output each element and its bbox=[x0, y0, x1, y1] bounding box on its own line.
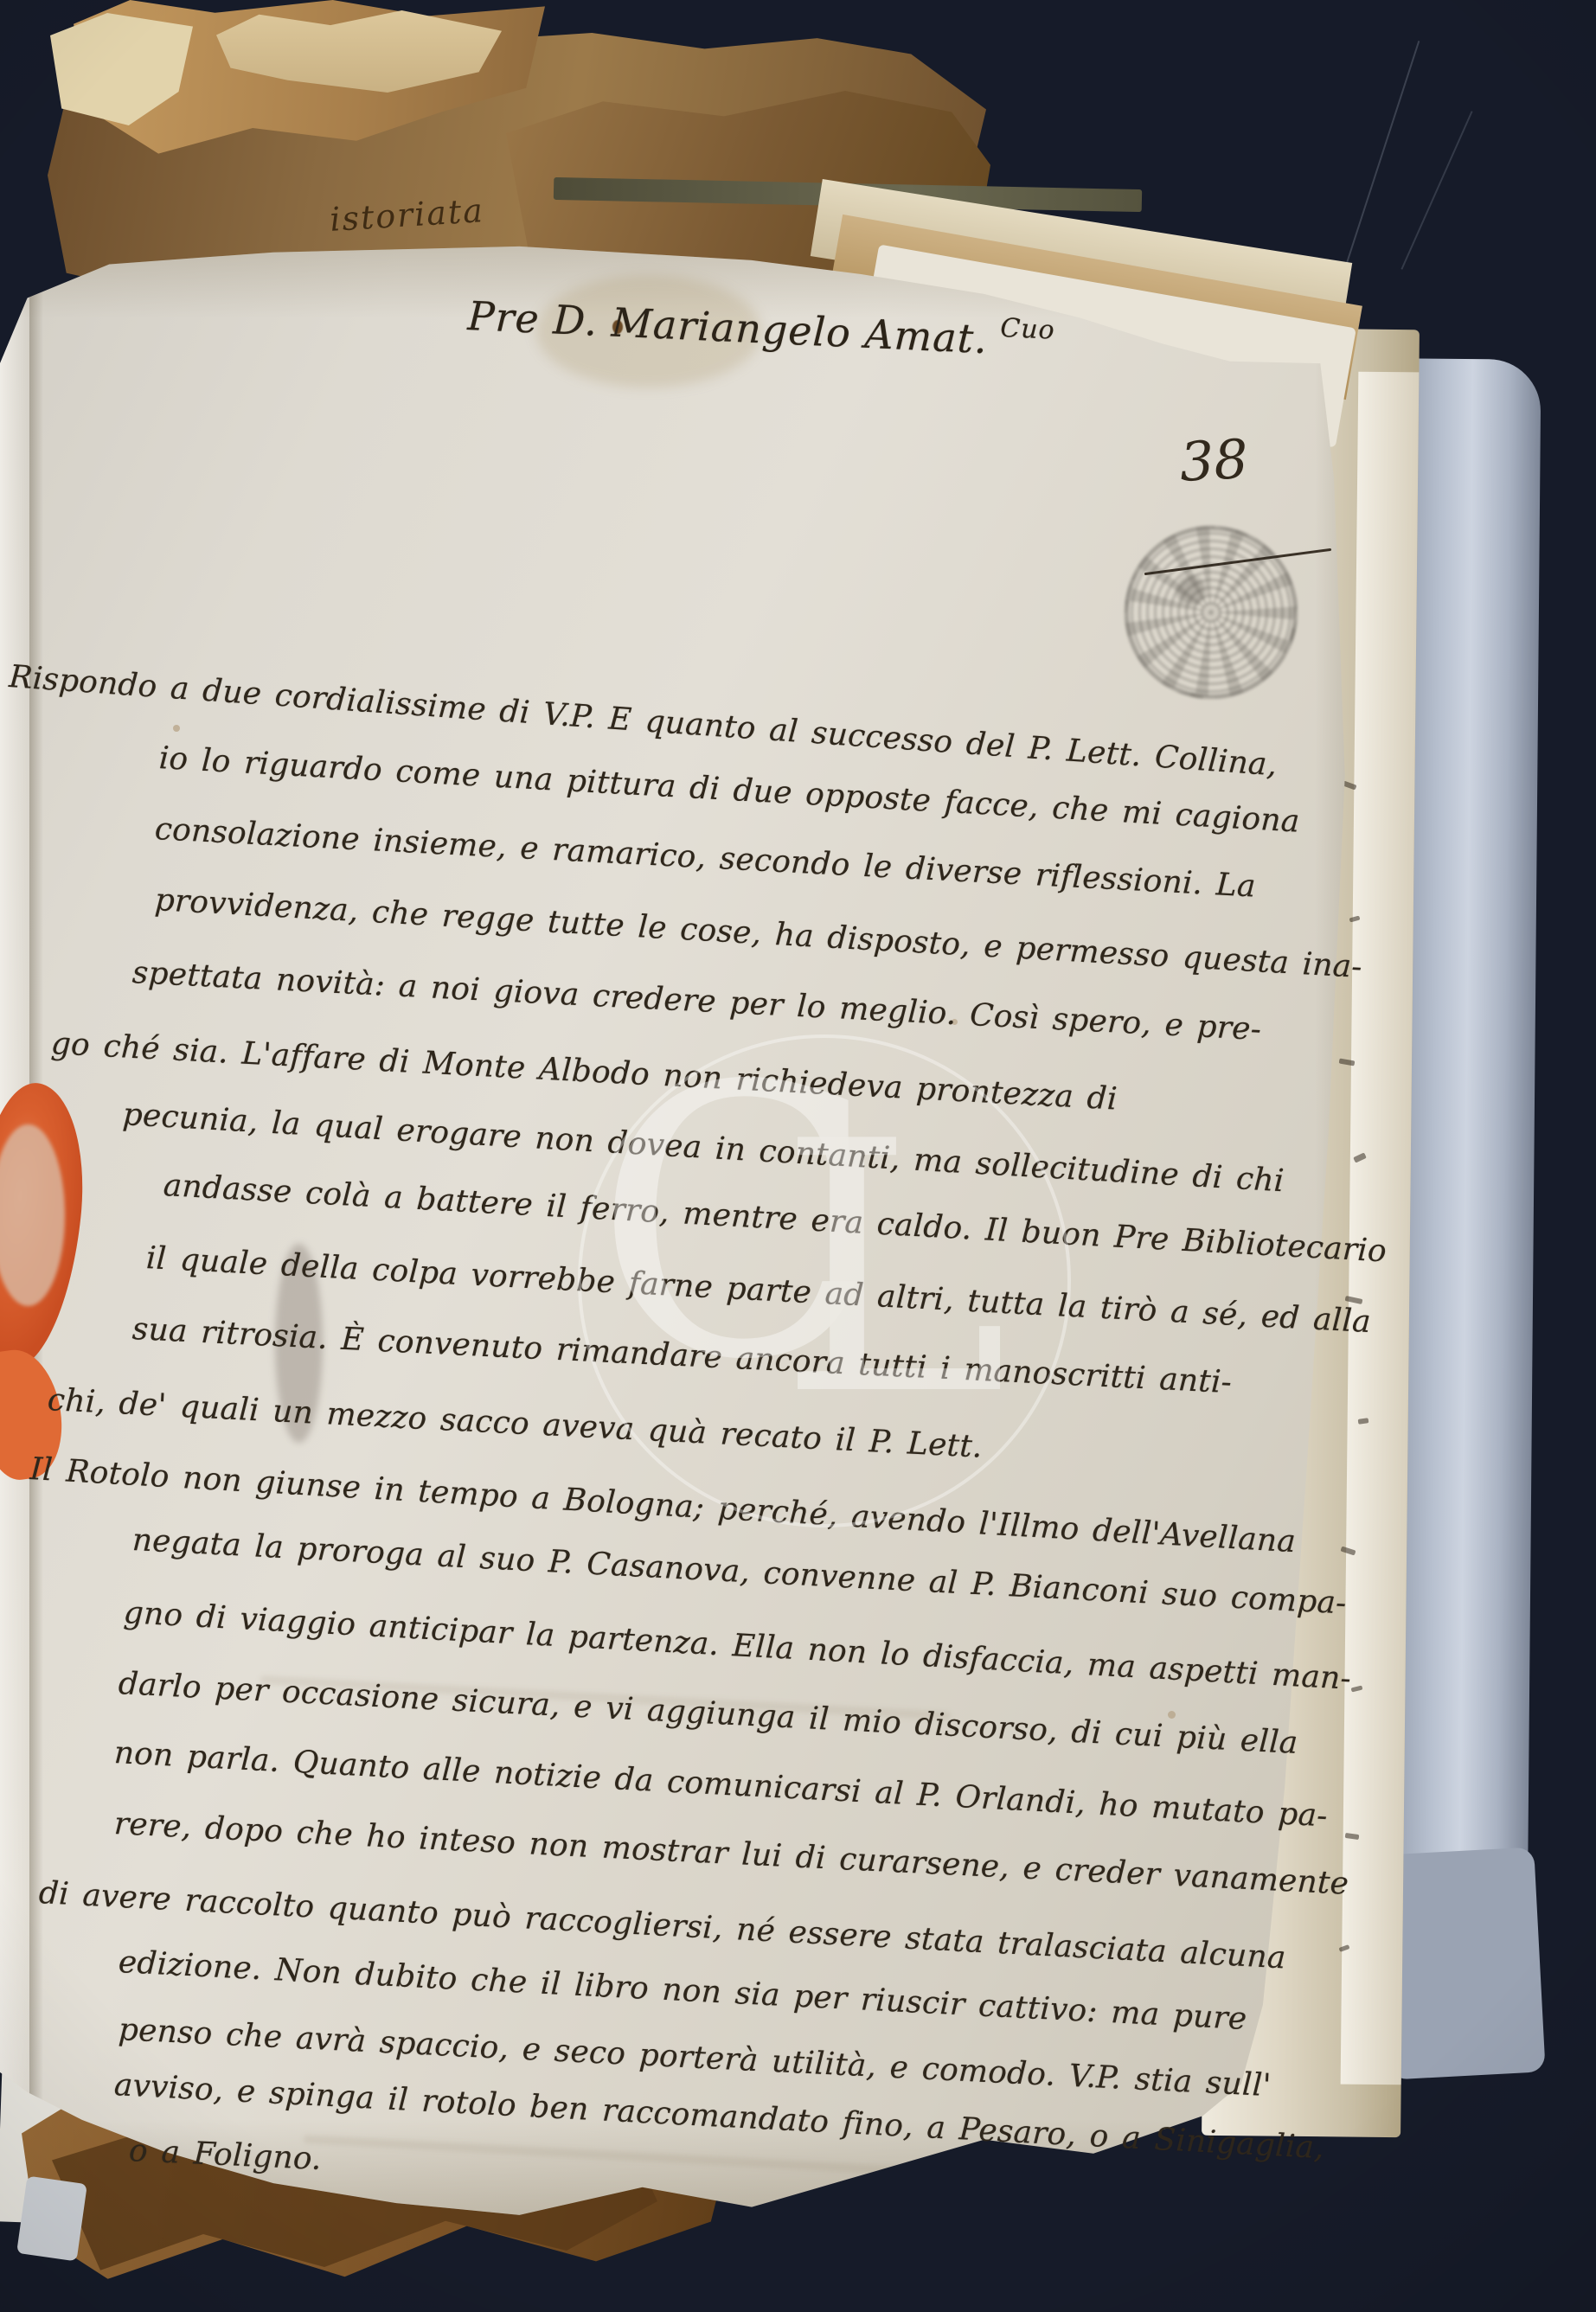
archive-photo: istoriata Pre D. Mariangelo Amat.Cuo 38 … bbox=[0, 0, 1596, 2312]
photo-vignette bbox=[0, 0, 1596, 2312]
